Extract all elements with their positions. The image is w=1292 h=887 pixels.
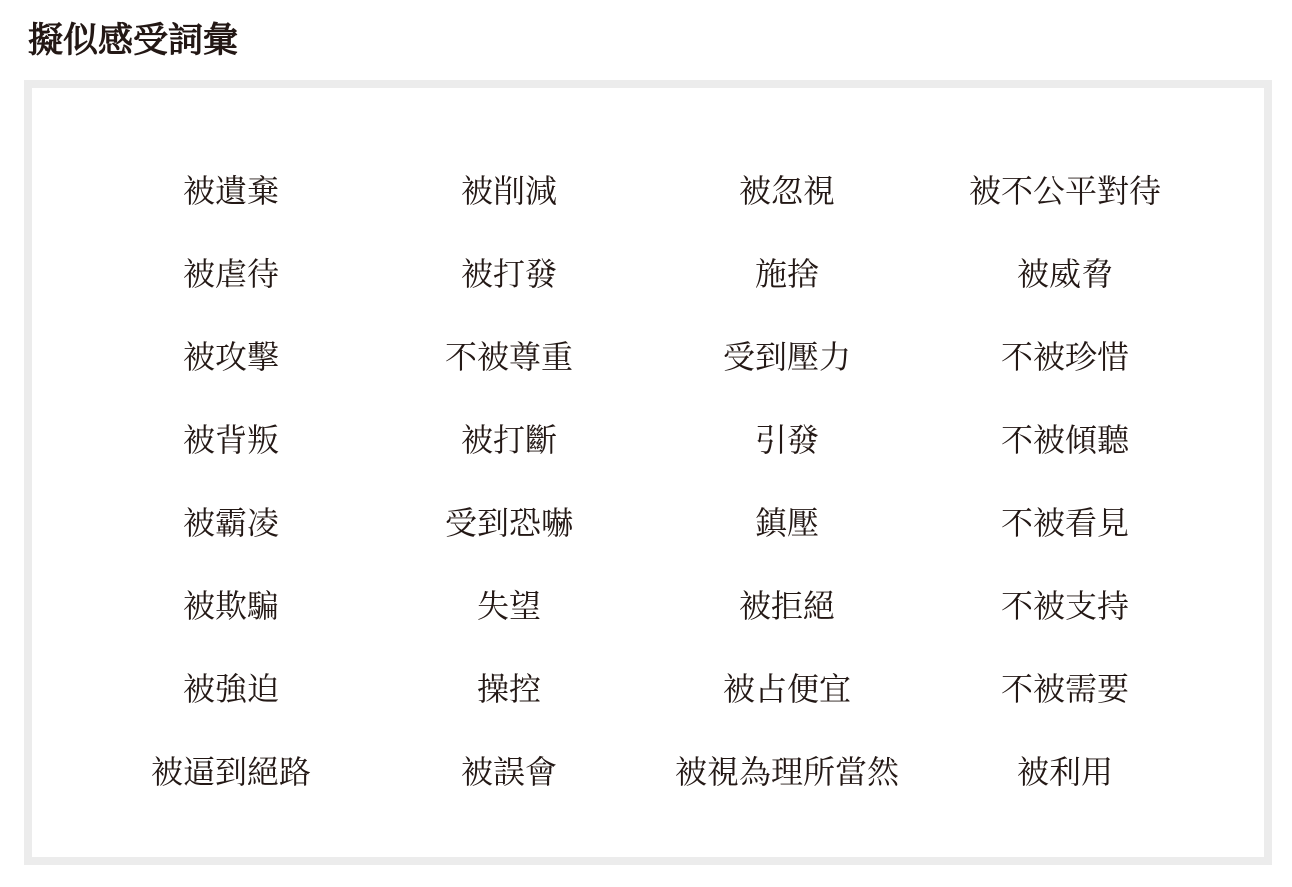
word-item: 不被看見 bbox=[926, 482, 1204, 565]
word-item: 不被支持 bbox=[926, 565, 1204, 648]
word-item: 被背叛 bbox=[92, 399, 370, 482]
word-item: 被霸凌 bbox=[92, 482, 370, 565]
word-grid: 被遺棄 被削減 被忽視 被不公平對待 被虐待 被打發 施捨 被威脅 被攻擊 不被… bbox=[32, 150, 1264, 814]
word-item: 被不公平對待 bbox=[926, 150, 1204, 233]
word-item: 被打斷 bbox=[370, 399, 648, 482]
page-title: 擬似感受詞彙 bbox=[28, 16, 238, 66]
word-item: 不被珍惜 bbox=[926, 316, 1204, 399]
word-item: 被虐待 bbox=[92, 233, 370, 316]
word-item: 被削減 bbox=[370, 150, 648, 233]
word-item: 不被傾聽 bbox=[926, 399, 1204, 482]
word-item: 施捨 bbox=[648, 233, 926, 316]
word-item: 受到壓力 bbox=[648, 316, 926, 399]
word-item: 被視為理所當然 bbox=[648, 731, 926, 814]
word-item: 被誤會 bbox=[370, 731, 648, 814]
word-item: 被攻擊 bbox=[92, 316, 370, 399]
word-item: 被忽視 bbox=[648, 150, 926, 233]
word-list-box: 被遺棄 被削減 被忽視 被不公平對待 被虐待 被打發 施捨 被威脅 被攻擊 不被… bbox=[24, 80, 1272, 865]
word-item: 鎮壓 bbox=[648, 482, 926, 565]
word-item: 被占便宜 bbox=[648, 648, 926, 731]
word-item: 受到恐嚇 bbox=[370, 482, 648, 565]
word-item: 被利用 bbox=[926, 731, 1204, 814]
word-item: 引發 bbox=[648, 399, 926, 482]
word-item: 被逼到絕路 bbox=[92, 731, 370, 814]
word-item: 不被需要 bbox=[926, 648, 1204, 731]
word-item: 操控 bbox=[370, 648, 648, 731]
word-item: 不被尊重 bbox=[370, 316, 648, 399]
word-item: 被拒絕 bbox=[648, 565, 926, 648]
word-item: 被遺棄 bbox=[92, 150, 370, 233]
word-item: 被打發 bbox=[370, 233, 648, 316]
word-item: 被威脅 bbox=[926, 233, 1204, 316]
word-item: 被強迫 bbox=[92, 648, 370, 731]
word-item: 被欺騙 bbox=[92, 565, 370, 648]
word-item: 失望 bbox=[370, 565, 648, 648]
